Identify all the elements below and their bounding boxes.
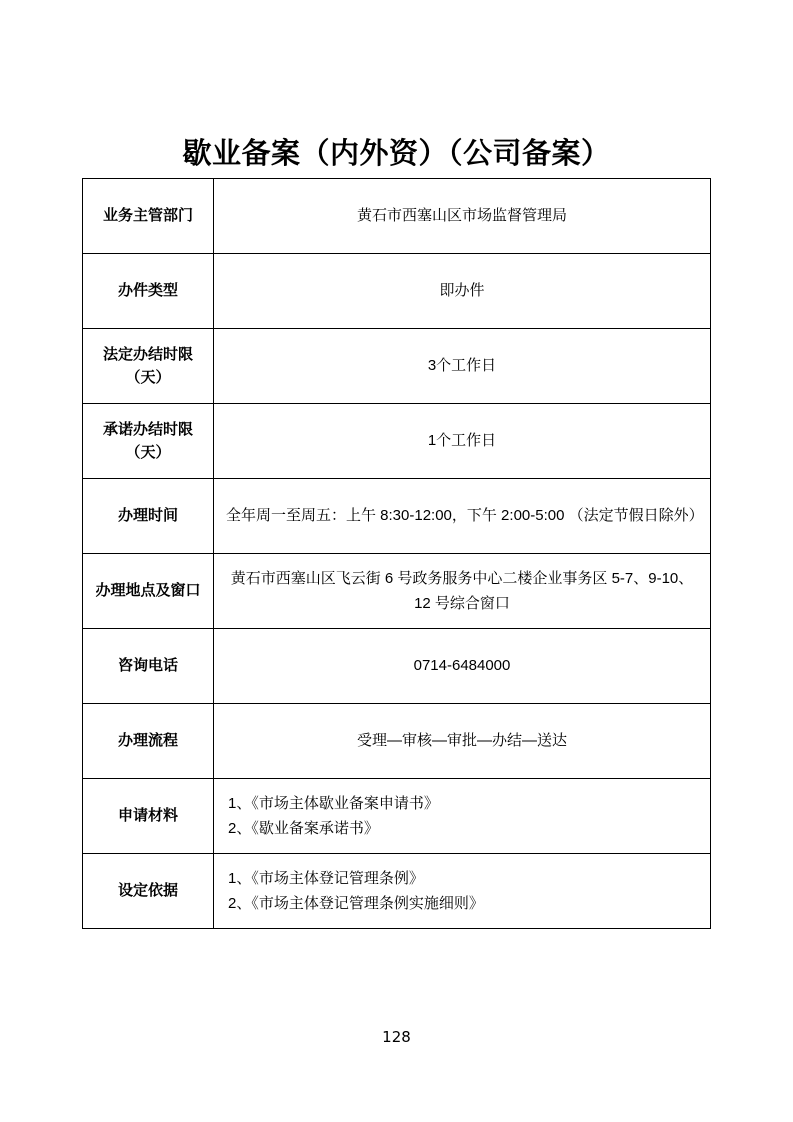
row-value: 1、《市场主体登记管理条例》 2、《市场主体登记管理条例实施细则》 — [214, 854, 711, 929]
page-title: 歇业备案（内外资）（公司备案） — [0, 0, 793, 172]
row-label: 承诺办结时限（天） — [83, 404, 214, 479]
row-value: 1个工作日 — [214, 404, 711, 479]
page-number: 128 — [0, 1028, 793, 1046]
table-row-legal-basis: 设定依据 1、《市场主体登记管理条例》 2、《市场主体登记管理条例实施细则》 — [83, 854, 711, 929]
row-label: 办理地点及窗口 — [83, 554, 214, 629]
basis-line: 1、《市场主体登记管理条例》 — [228, 866, 698, 892]
row-value: 0714-6484000 — [214, 629, 711, 704]
table-row-application-materials: 申请材料 1、《市场主体歇业备案申请书》 2、《歇业备案承诺书》 — [83, 779, 711, 854]
row-label: 咨询电话 — [83, 629, 214, 704]
basis-line: 2、《市场主体登记管理条例实施细则》 — [228, 891, 698, 917]
table-row-phone: 咨询电话 0714-6484000 — [83, 629, 711, 704]
row-label: 申请材料 — [83, 779, 214, 854]
row-label: 业务主管部门 — [83, 179, 214, 254]
table-row-department: 业务主管部门 黄石市西塞山区市场监督管理局 — [83, 179, 711, 254]
service-info-table: 业务主管部门 黄石市西塞山区市场监督管理局 办件类型 即办件 法定办结时限（天）… — [82, 178, 711, 929]
row-label: 设定依据 — [83, 854, 214, 929]
table-row-item-type: 办件类型 即办件 — [83, 254, 711, 329]
row-label: 办件类型 — [83, 254, 214, 329]
row-label: 法定办结时限（天） — [83, 329, 214, 404]
row-label: 办理时间 — [83, 479, 214, 554]
row-value: 全年周一至周五：上午 8:30-12:00，下午 2:00-5:00 （法定节假… — [214, 479, 711, 554]
row-value: 黄石市西塞山区市场监督管理局 — [214, 179, 711, 254]
service-table-body: 业务主管部门 黄石市西塞山区市场监督管理局 办件类型 即办件 法定办结时限（天）… — [83, 179, 711, 929]
table-row-promised-time-limit: 承诺办结时限（天） 1个工作日 — [83, 404, 711, 479]
table-row-location-window: 办理地点及窗口 黄石市西塞山区飞云街 6 号政务服务中心二楼企业事务区 5-7、… — [83, 554, 711, 629]
table-row-office-hours: 办理时间 全年周一至周五：上午 8:30-12:00，下午 2:00-5:00 … — [83, 479, 711, 554]
row-value: 黄石市西塞山区飞云街 6 号政务服务中心二楼企业事务区 5-7、9-10、12 … — [214, 554, 711, 629]
material-line: 2、《歇业备案承诺书》 — [228, 816, 698, 842]
row-value: 受理—审核—审批—办结—送达 — [214, 704, 711, 779]
row-value: 即办件 — [214, 254, 711, 329]
material-line: 1、《市场主体歇业备案申请书》 — [228, 791, 698, 817]
table-row-statutory-time-limit: 法定办结时限（天） 3个工作日 — [83, 329, 711, 404]
row-label: 办理流程 — [83, 704, 214, 779]
row-value: 3个工作日 — [214, 329, 711, 404]
table-row-process: 办理流程 受理—审核—审批—办结—送达 — [83, 704, 711, 779]
row-value: 1、《市场主体歇业备案申请书》 2、《歇业备案承诺书》 — [214, 779, 711, 854]
